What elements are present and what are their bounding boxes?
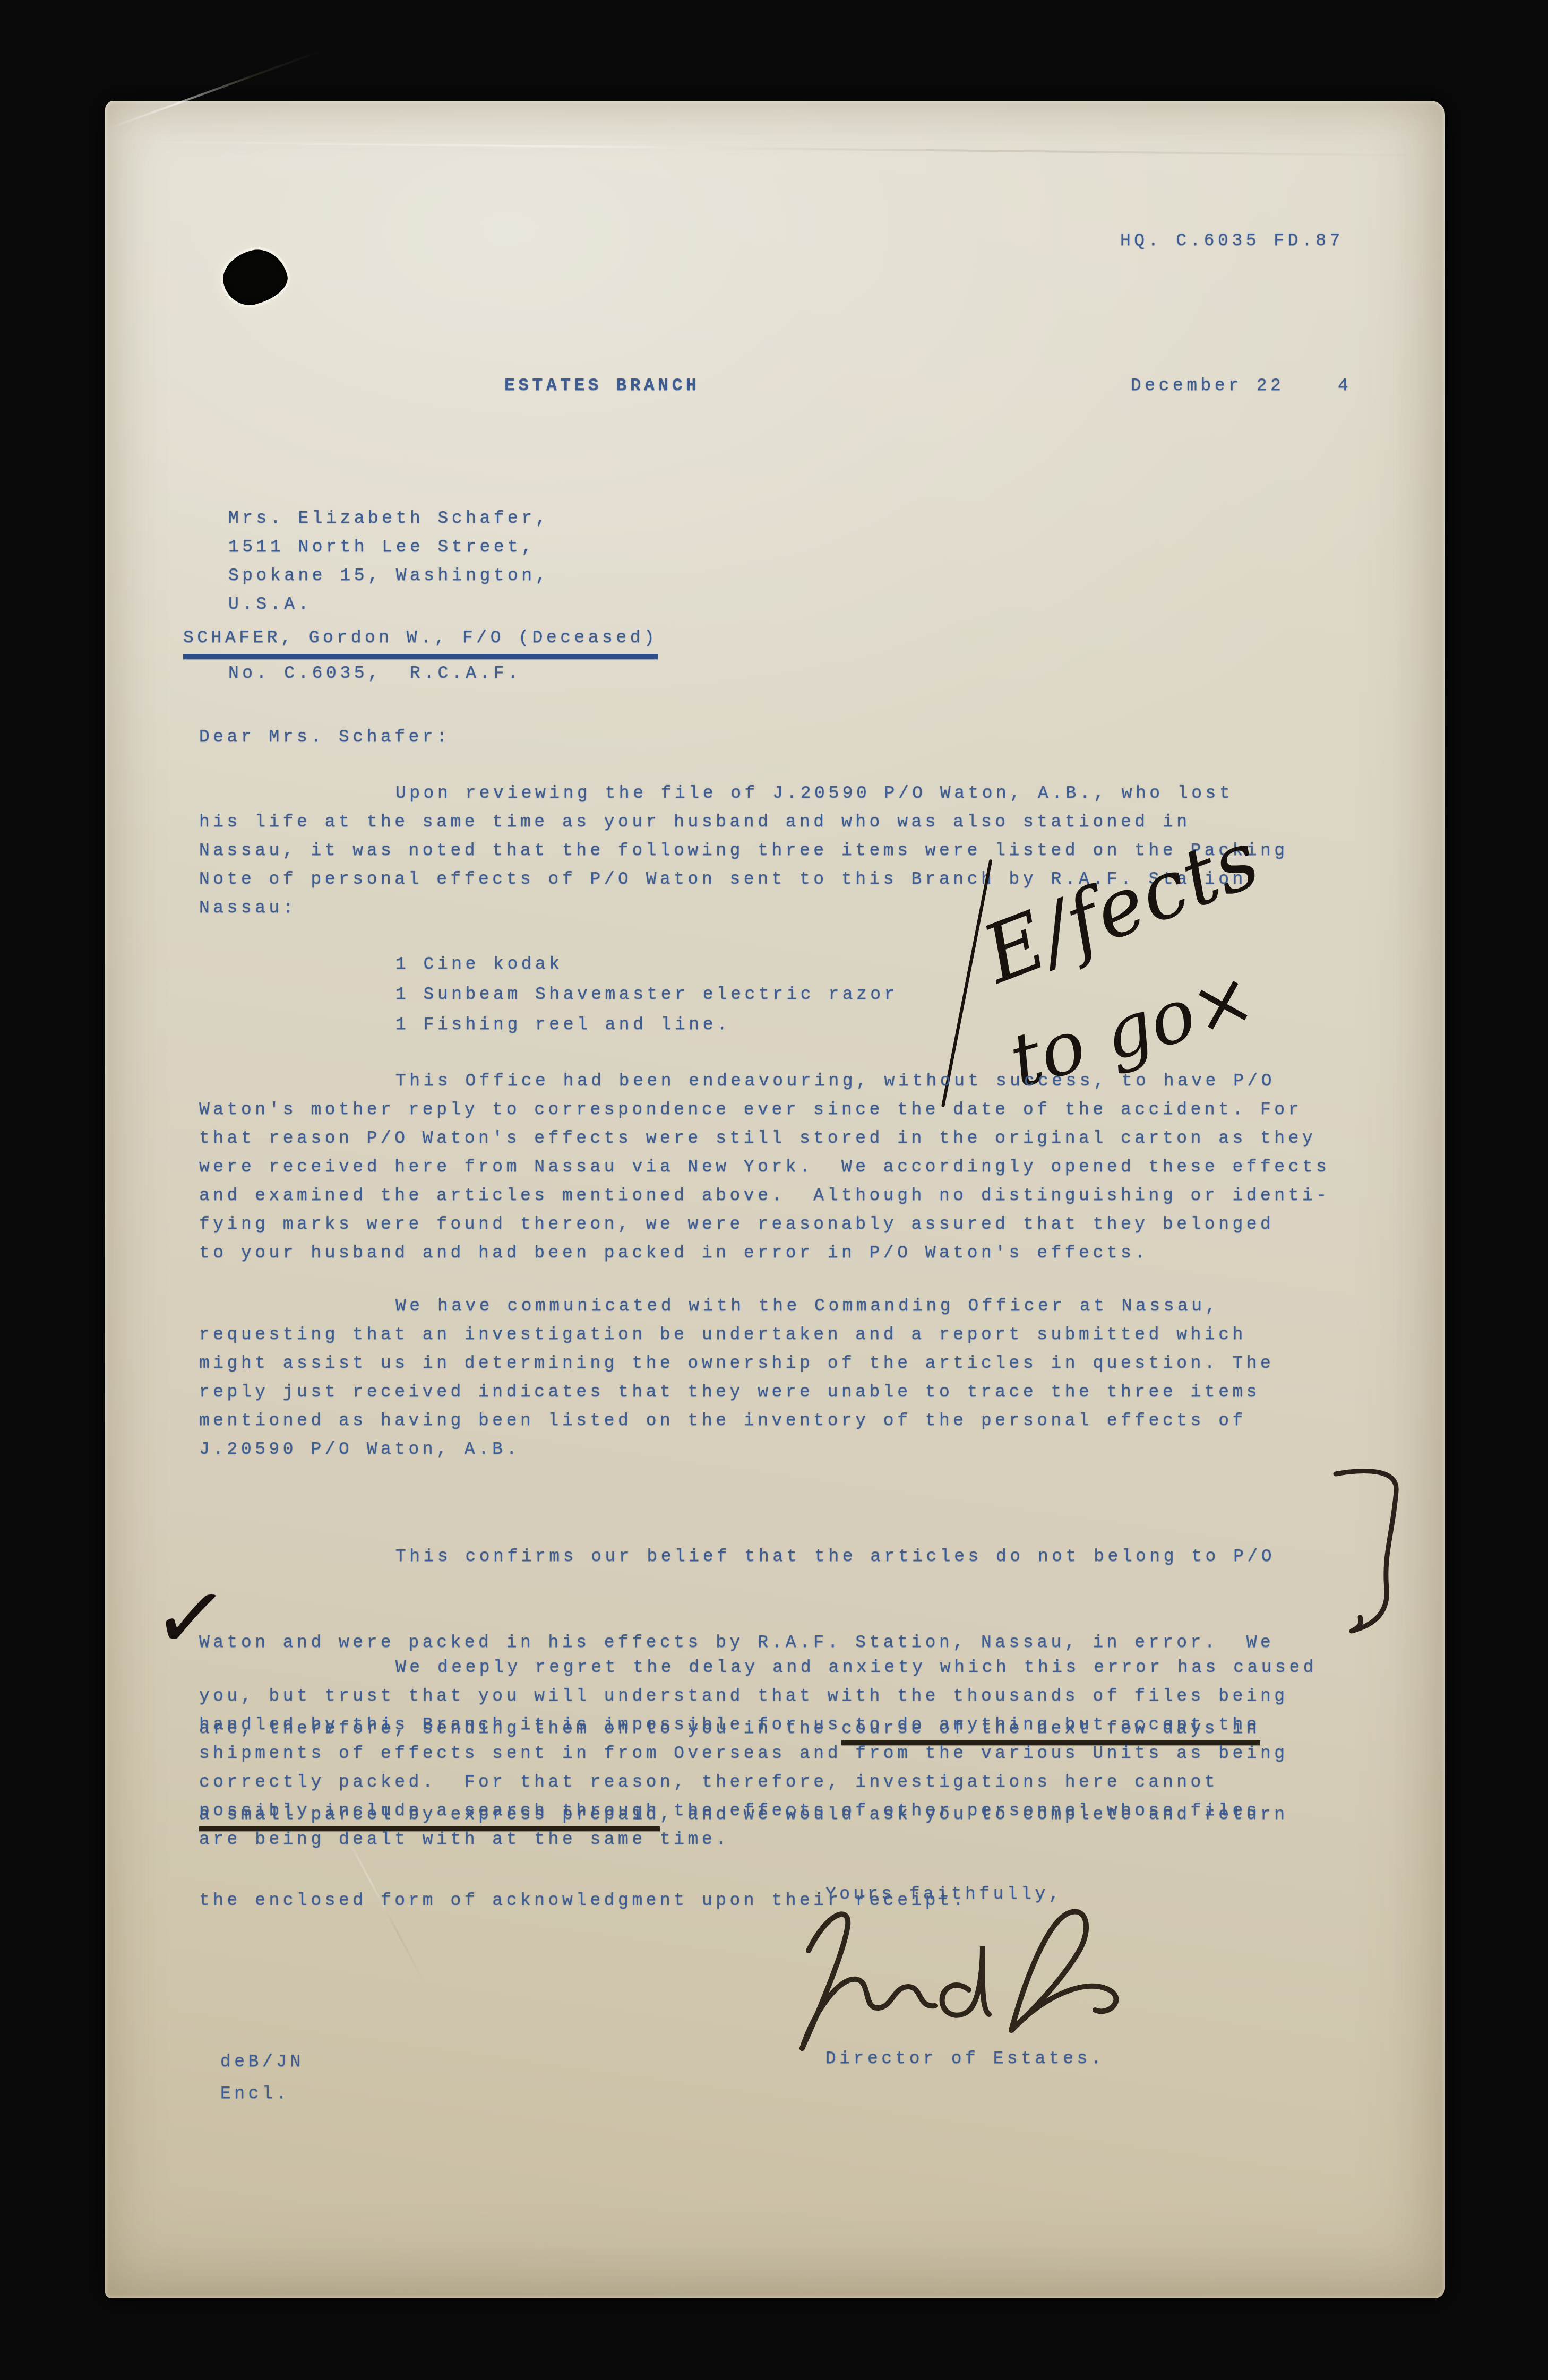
paragraph-2: This Office had been endeavouring, witho… [199,1067,1330,1267]
paragraph-3: We have communicated with the Commanding… [199,1292,1274,1464]
paper-crease-top [105,141,1443,157]
subject-service-number: No. C.6035, R.C.A.F. [228,659,521,688]
typist-initials: deB/JN [220,2048,304,2076]
letter-date-digit: 4 [1338,372,1352,400]
file-reference: HQ. C.6035 FD.87 [1120,227,1344,255]
recipient-address: Mrs. Elizabeth Schafer, 1511 North Lee S… [228,504,549,619]
salutation: Dear Mrs. Schafer: [199,723,450,752]
p4-line1-text: This confirms our belief that the articl… [395,1547,1275,1566]
effects-list: 1 Cine kodak 1 Sunbeam Shavemaster elect… [395,949,898,1040]
p4-line2-text: Waton and were packed in his effects by … [199,1633,1274,1652]
letter-date: December 22 [1131,372,1284,400]
margin-bracket-icon [1331,1468,1411,1643]
scan-background: { "letterhead": { "file_ref": "HQ. C.603… [0,0,1548,2380]
paragraph-4-line-2: Waton and were packed in his effects by … [199,1628,1288,1657]
signature-handwritten [755,1898,1169,2062]
signer-title: Director of Estates. [825,2045,1105,2073]
subject-name-underlined: SCHAFER, Gordon W., F/O (Deceased) [183,624,658,659]
enclosure-note: Encl. [220,2080,290,2108]
branch-title: ESTATES BRANCH [504,372,700,400]
paper-crease-corner [108,49,323,130]
paragraph-5: We deeply regret the delay and anxiety w… [199,1653,1317,1854]
paragraph-4-line-1: This confirms our belief that the articl… [199,1542,1288,1571]
subject-line: SCHAFER, Gordon W., F/O (Deceased) [183,624,658,659]
letter-paper: HQ. C.6035 FD.87 ESTATES BRANCH December… [105,101,1445,2298]
